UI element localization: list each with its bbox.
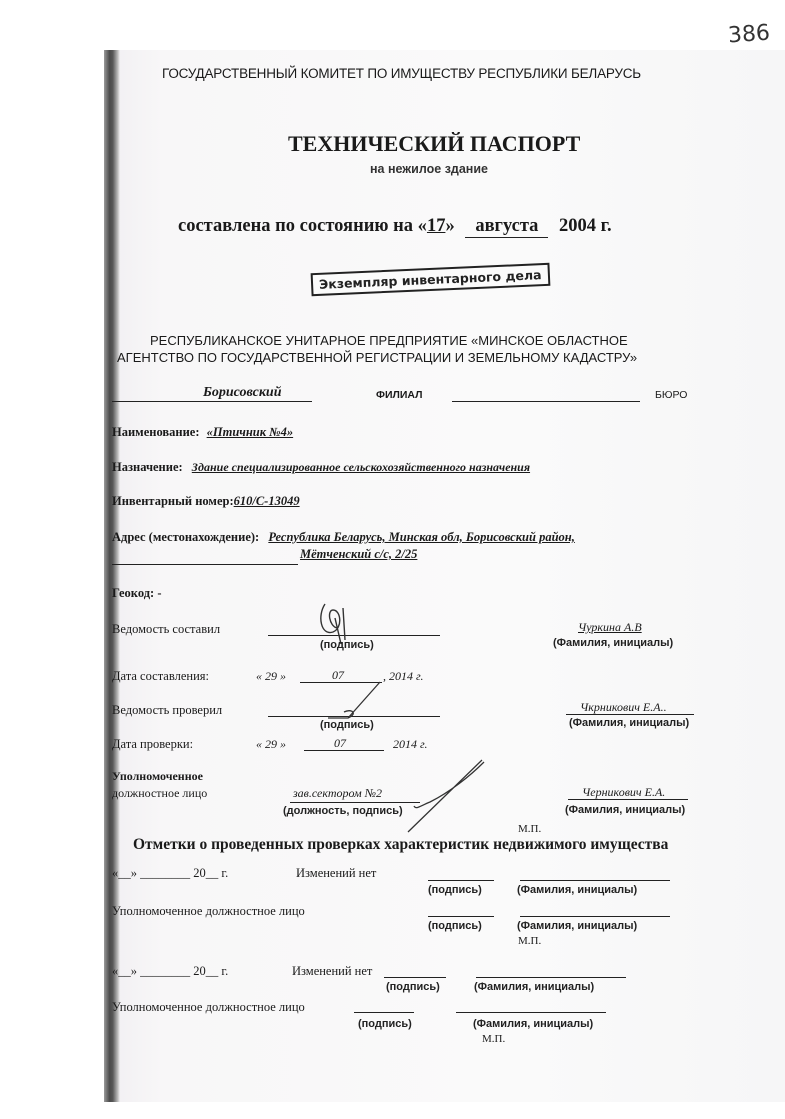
scan-shadow-edge [104, 50, 120, 1102]
address-label: Адрес (местонахождение): [112, 530, 259, 544]
compiled-by-name: Чуркина А.В [578, 620, 642, 635]
inspection-1-official-name-line[interactable] [520, 916, 670, 917]
inspection-1-official-signature-line[interactable] [428, 916, 494, 917]
compiled-date-year: , 2014 г. [383, 669, 424, 684]
checked-date-label: Дата проверки: [112, 737, 193, 752]
inspection-2-date: «__» ________ 20__ г. [112, 964, 228, 979]
inspection-2-official-signature-line[interactable] [354, 1012, 414, 1013]
checked-by-label: Ведомость проверил [112, 703, 222, 718]
agency-line-1: РЕСПУБЛИКАНСКОЕ УНИТАРНОЕ ПРЕДПРИЯТИЕ «М… [150, 333, 628, 348]
inspection-1-date: «__» ________ 20__ г. [112, 866, 228, 881]
branch-label: ФИЛИАЛ [376, 389, 423, 401]
state-date-line: составлена по состоянию на «17» августа … [178, 216, 612, 238]
authorized-signature-icon [400, 756, 490, 836]
purpose-value: Здание специализированное сельскохозяйст… [192, 460, 530, 474]
authorized-name-caption: (Фамилия, инициалы) [565, 804, 685, 816]
document-subtitle: на нежилое здание [370, 162, 488, 176]
state-date-year: 2004 г. [559, 216, 612, 236]
inspection-2-seal: М.П. [482, 1033, 505, 1045]
inspection-1-signature-line[interactable] [428, 880, 494, 881]
inspection-1-name-line[interactable] [520, 880, 670, 881]
document-title: ТЕХНИЧЕСКИЙ ПАСПОРТ [288, 131, 580, 157]
state-date-prefix: составлена по состоянию на « [178, 216, 427, 236]
geocode-field: Геокод: - [112, 586, 162, 601]
inspection-2-official-name-caption: (Фамилия, инициалы) [473, 1018, 593, 1030]
compiled-date-day: « 29 » [256, 669, 286, 684]
inspection-1-no-changes: Изменений нет [296, 866, 376, 881]
inspection-2-name-line[interactable] [476, 977, 626, 978]
agency-line-2: АГЕНТСТВО ПО ГОСУДАРСТВЕННОЙ РЕГИСТРАЦИИ… [117, 350, 637, 365]
inventory-number-value: 610/С-13049 [234, 494, 300, 508]
inspection-2-no-changes: Изменений нет [292, 964, 372, 979]
inspection-1-name-caption: (Фамилия, инициалы) [517, 884, 637, 896]
compiled-date-label: Дата составления: [112, 669, 209, 684]
inspection-1-official-label: Уполномоченное должностное лицо [112, 904, 305, 919]
state-date-day: 17 [427, 216, 446, 236]
inspection-2-name-caption: (Фамилия, инициалы) [474, 981, 594, 993]
bureau-label: БЮРО [655, 389, 687, 401]
bureau-underline [452, 401, 640, 402]
checked-date-month: 07 [334, 736, 346, 751]
checked-signature-caption: (подпись) [320, 719, 374, 731]
address-value-line-1: Республика Беларусь, Минская обл, Борисо… [268, 530, 575, 544]
authorized-seal: М.П. [518, 823, 541, 835]
address-underline [112, 564, 298, 565]
inspection-2-signature-line[interactable] [384, 977, 446, 978]
checked-date-day: « 29 » [256, 737, 286, 752]
authorized-label-line-1: Уполномоченное [112, 769, 203, 784]
authorized-position: зав.сектором №2 [293, 786, 382, 801]
name-field: Наименование: «Птичник №4» [112, 425, 293, 440]
authorized-label-line-2: должностное лицо [112, 786, 207, 801]
handwritten-page-number: 386 [727, 21, 771, 49]
name-value: «Птичник №4» [207, 425, 294, 439]
compiled-signature-caption: (подпись) [320, 639, 374, 651]
checked-name-caption: (Фамилия, инициалы) [569, 717, 689, 729]
inspection-2-official-label: Уполномоченное должностное лицо [112, 1000, 305, 1015]
checked-date-year: 2014 г. [393, 737, 428, 752]
state-date-mid: » [445, 216, 454, 236]
committee-heading: ГОСУДАРСТВЕННЫЙ КОМИТЕТ ПО ИМУЩЕСТВУ РЕС… [162, 66, 641, 81]
inspection-2-official-signature-caption: (подпись) [358, 1018, 412, 1030]
authorized-name: Черникович Е.А. [582, 785, 665, 800]
geocode-value: - [157, 586, 161, 600]
inspection-1-signature-caption: (подпись) [428, 884, 482, 896]
compiled-name-caption: (Фамилия, инициалы) [553, 637, 673, 649]
inspection-1-official-name-caption: (Фамилия, инициалы) [517, 920, 637, 932]
branch-underline [112, 401, 312, 402]
inventory-number-field: Инвентарный номер:610/С-13049 [112, 494, 300, 509]
checked-by-name: Чкрникович Е.А.. [580, 700, 667, 715]
inspection-2-signature-caption: (подпись) [386, 981, 440, 993]
compiled-by-label: Ведомость составил [112, 622, 220, 637]
purpose-label: Назначение: [112, 460, 183, 474]
address-field: Адрес (местонахождение): Республика Бела… [112, 530, 575, 545]
authorized-position-caption: (должность, подпись) [283, 805, 403, 817]
inventory-number-label: Инвентарный номер: [112, 494, 234, 508]
inspection-1-official-signature-caption: (подпись) [428, 920, 482, 932]
inspection-1-seal: М.П. [518, 935, 541, 947]
name-label: Наименование: [112, 425, 200, 439]
geocode-label: Геокод: [112, 586, 154, 600]
address-value-line-2: Мётченский с/с, 2/25 [300, 547, 417, 562]
state-date-month: августа [465, 216, 548, 238]
purpose-field: Назначение: Здание специализированное се… [112, 460, 530, 475]
inspection-2-official-name-line[interactable] [456, 1012, 606, 1013]
document-page [108, 50, 785, 1102]
branch-value: Борисовский [203, 385, 282, 401]
inspections-title: Отметки о проведенных проверках характер… [133, 836, 668, 854]
